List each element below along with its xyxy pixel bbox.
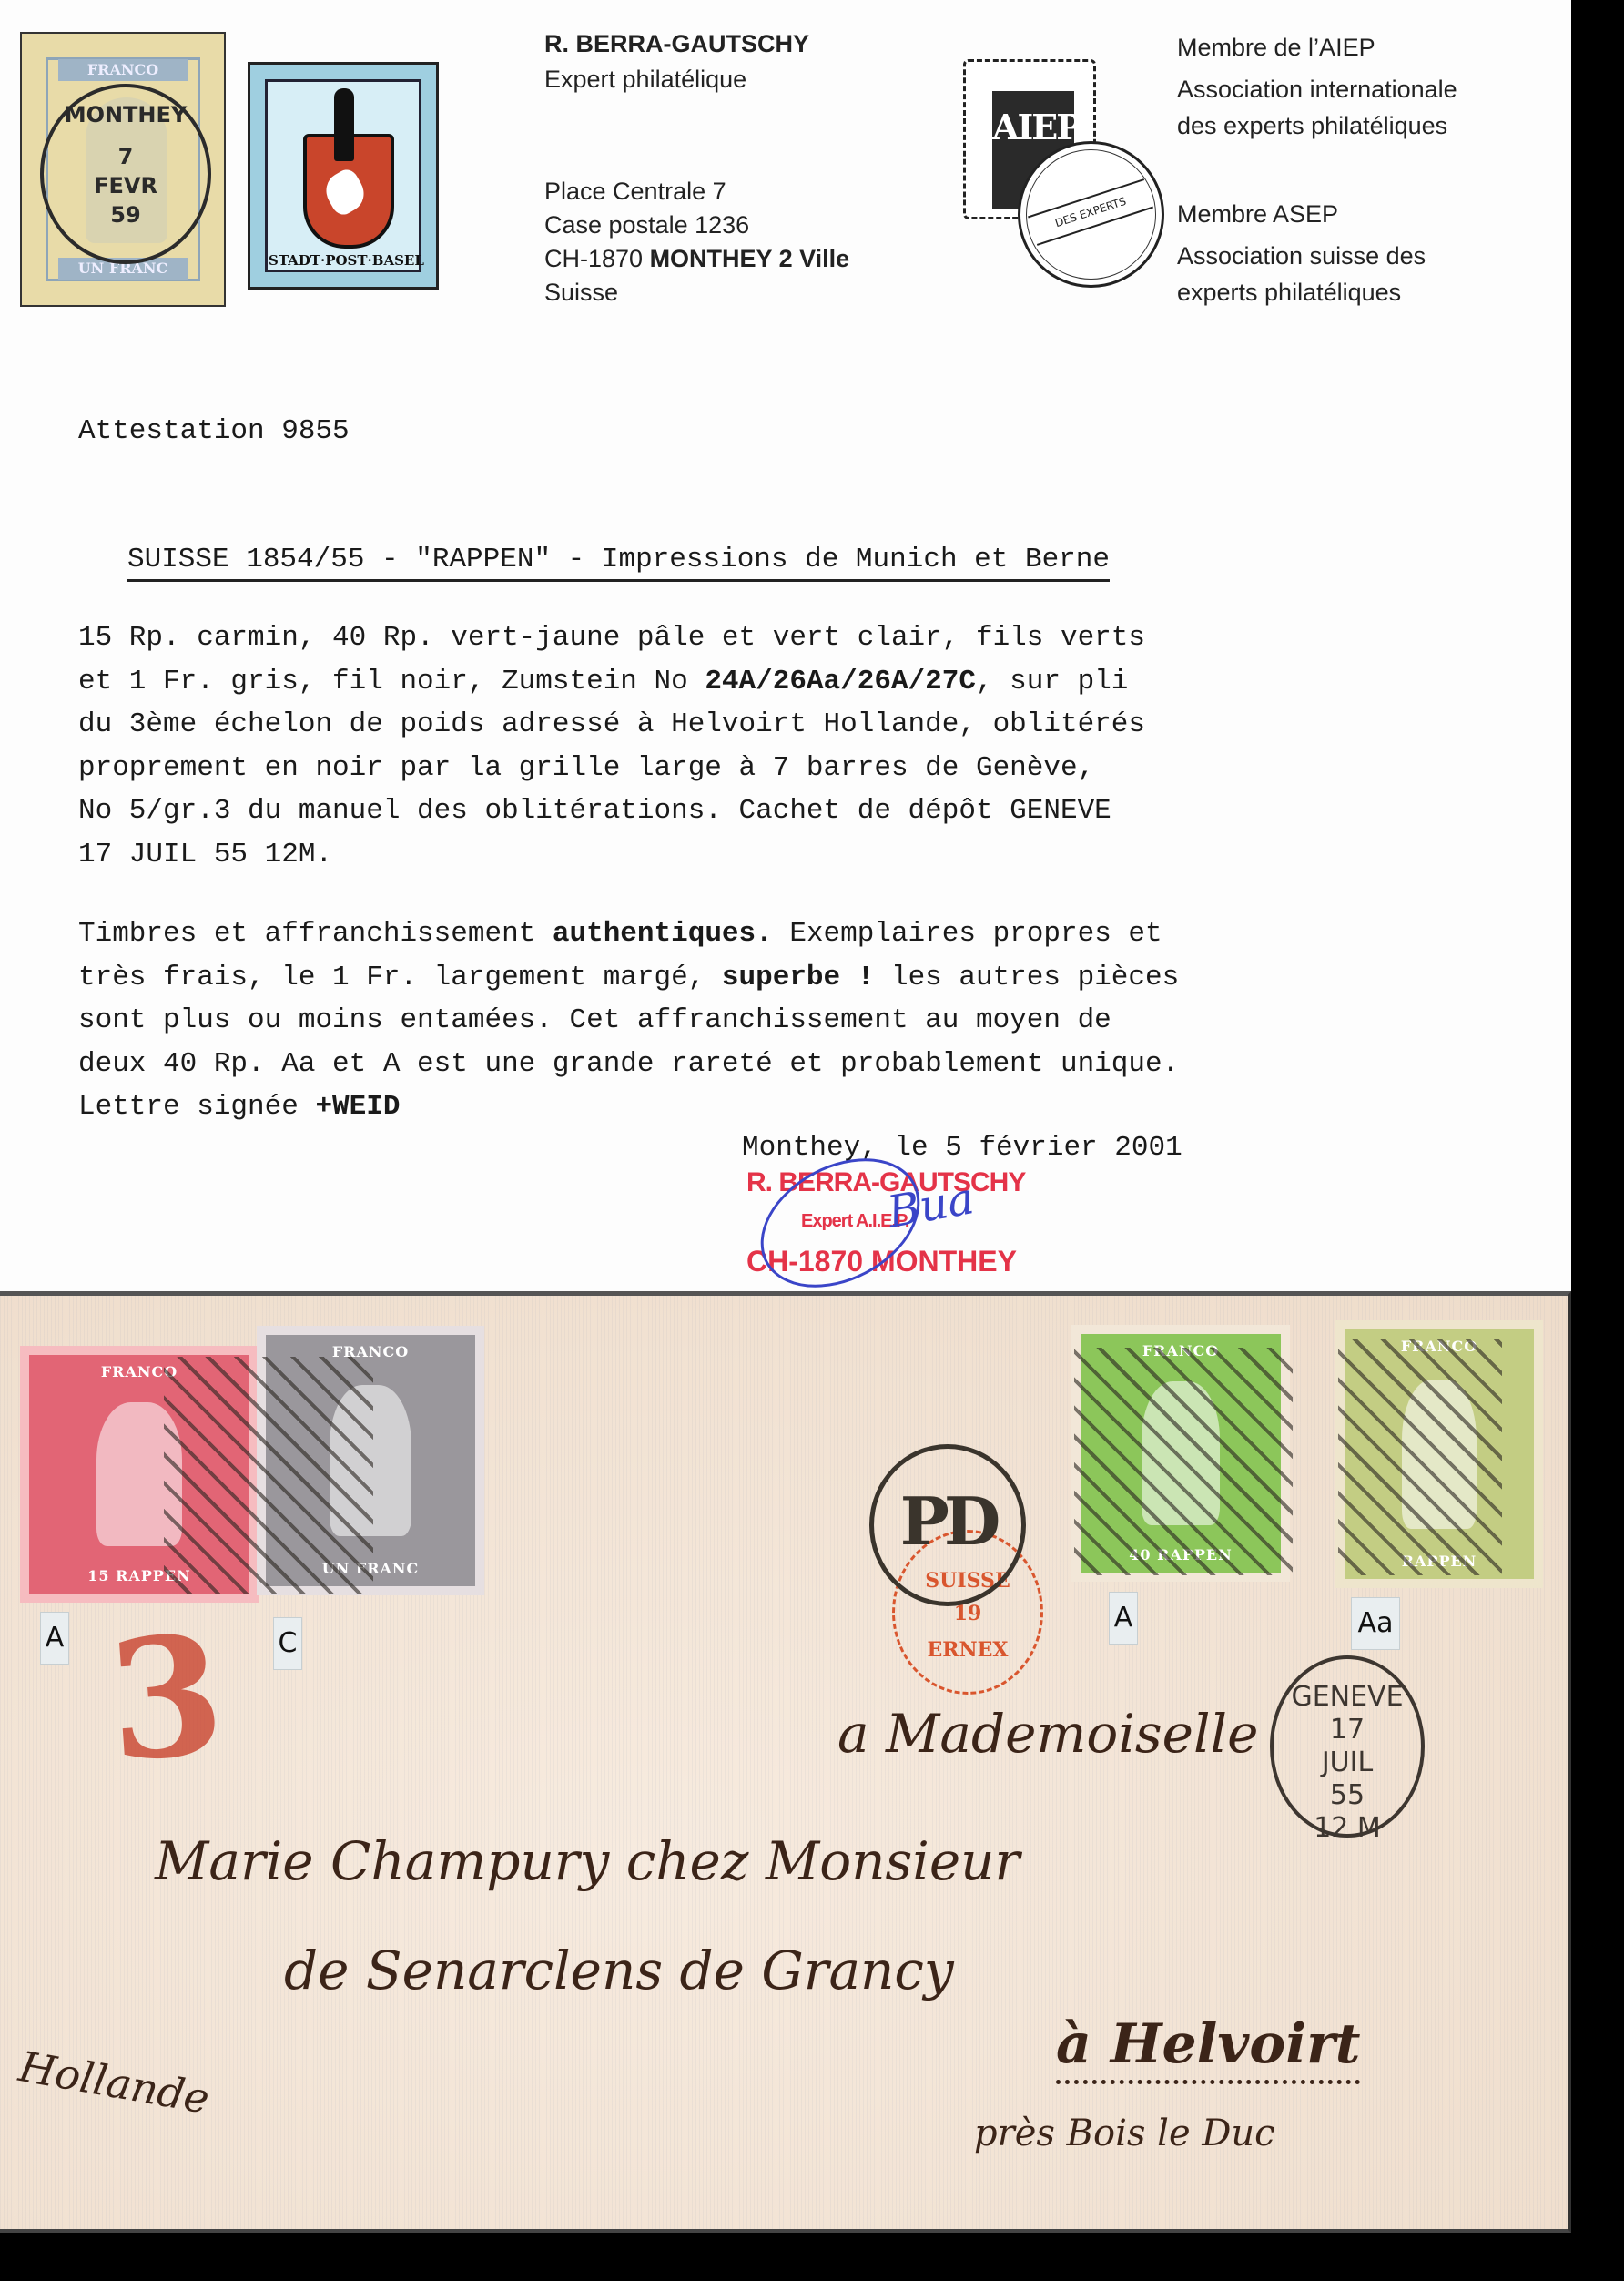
text-line: 17 JUIL 55 12M. xyxy=(78,833,1145,877)
stamp-1-franc-monthey: FRANCO UN FRANC MONTHEY 7 FEVR 59 xyxy=(20,32,226,307)
expert-name: R. BERRA-GAUTSCHY xyxy=(544,30,809,58)
text-run: sont plus ou moins entamées. Cet affranc… xyxy=(78,1004,1111,1036)
text-line: Timbres et affranchissement authentiques… xyxy=(78,912,1179,956)
destination-town: à Helvoirt xyxy=(1056,2012,1360,2076)
aiep-seal-ring: DES EXPERTS xyxy=(1018,141,1164,288)
text-run: Timbres et affranchissement xyxy=(78,918,553,950)
postmark-town: MONTHEY xyxy=(53,102,198,127)
opinion-paragraph: Timbres et affranchissement authentiques… xyxy=(78,912,1179,1129)
grid-cancel-marks xyxy=(1338,1339,1502,1575)
text-run: No 5/gr.3 du manuel des oblitérations. C… xyxy=(78,795,1111,827)
grid-cancel-marks xyxy=(1074,1348,1293,1575)
expert-title: Expert philatélique xyxy=(544,66,746,94)
text-run: les autres pièces xyxy=(874,962,1179,993)
geneve-postmark: GENEVE 17 JUIL 55 12 M xyxy=(1270,1655,1425,1838)
aiep-logo: AIEP DES EXPERTS xyxy=(956,50,1170,287)
postmark-time: 12 M xyxy=(1274,1812,1421,1845)
text-run: Lettre signée xyxy=(78,1091,315,1123)
address-line-5: près Bois le Duc xyxy=(974,2113,1275,2154)
bold-text: authentiques. xyxy=(553,918,773,950)
membership-heading: Membre ASEP xyxy=(1177,196,1426,232)
text-run: 17 JUIL 55 12M. xyxy=(78,839,332,871)
address-city: CH-1870 MONTHEY 2 Ville xyxy=(544,242,849,276)
text-line: Lettre signée +WEID xyxy=(78,1085,1179,1129)
postmark-month: JUIL xyxy=(1274,1746,1421,1779)
crozier-icon xyxy=(334,88,354,161)
membership-line: des experts philatéliques xyxy=(1177,107,1457,144)
bold-text: 24A/26Aa/26A/27C xyxy=(705,666,976,698)
address-country: Suisse xyxy=(544,276,849,310)
grid-cancel-marks xyxy=(164,1357,373,1594)
city: MONTHEY 2 Ville xyxy=(650,245,850,272)
type-label: Aa xyxy=(1351,1597,1400,1650)
text-line: proprement en noir par la grille large à… xyxy=(78,747,1145,790)
text-line: très frais, le 1 Fr. largement margé, su… xyxy=(78,956,1179,1000)
postmark-town: GENEVE xyxy=(1274,1681,1421,1714)
membership-heading: Membre de l’AIEP xyxy=(1177,29,1457,66)
address-line-3: de Senarclens de Grancy xyxy=(284,1940,954,2001)
stamp-label-top: FRANCO xyxy=(58,59,188,81)
text-line: deux 40 Rp. Aa et A est une grande raret… xyxy=(78,1043,1179,1086)
certificate-title: SUISSE 1854/55 - "RAPPEN" - Impressions … xyxy=(127,544,1110,582)
stamp-label: STADT·POST·BASEL xyxy=(269,252,418,269)
monthey-postmark: MONTHEY 7 FEVR 59 xyxy=(40,84,211,264)
address-line: Case postale 1236 xyxy=(544,209,849,242)
postmark-year: 55 xyxy=(1274,1779,1421,1812)
membership-line: experts philatéliques xyxy=(1177,274,1426,311)
text-run: proprement en noir par la grille large à… xyxy=(78,752,1094,784)
address-line-4: à Helvoirt xyxy=(1056,2012,1360,2084)
bold-text: +WEID xyxy=(315,1091,400,1123)
postmark-day: 19 xyxy=(895,1602,1040,1625)
address-line-2: Marie Champury chez Monsieur xyxy=(155,1830,1020,1892)
postmark-year: 59 xyxy=(44,202,208,228)
certificate-sheet: FRANCO UN FRANC MONTHEY 7 FEVR 59 STADT·… xyxy=(0,0,1571,1291)
text-run: Exemplaires propres et xyxy=(773,918,1162,950)
text-run: du 3ème échelon de poids adressé à Helvo… xyxy=(78,708,1145,740)
text-run: très frais, le 1 Fr. largement margé, xyxy=(78,962,722,993)
membership-aiep: Membre de l’AIEP Association internation… xyxy=(1177,29,1457,144)
attestation-number: Attestation 9855 xyxy=(78,415,350,447)
membership-asep: Membre ASEP Association suisse des exper… xyxy=(1177,196,1426,311)
postmark-day: 7 xyxy=(44,144,208,169)
type-label: C xyxy=(273,1617,302,1670)
membership-line: Association suisse des xyxy=(1177,238,1426,274)
text-run: deux 40 Rp. Aa et A est une grande raret… xyxy=(78,1048,1179,1080)
text-run: et 1 Fr. gris, fil noir, Zumstein No xyxy=(78,666,705,698)
text-line: et 1 Fr. gris, fil noir, Zumstein No 24A… xyxy=(78,660,1145,704)
pd-handstamp: PD xyxy=(869,1444,1026,1606)
text-line: sont plus ou moins entamées. Cet affranc… xyxy=(78,999,1179,1043)
type-label: A xyxy=(1109,1592,1138,1645)
description-paragraph: 15 Rp. carmin, 40 Rp. vert-jaune pâle et… xyxy=(78,616,1145,876)
expert-address: Place Centrale 7 Case postale 1236 CH-18… xyxy=(544,175,849,310)
postcode: CH-1870 xyxy=(544,245,650,272)
place-date: Monthey, le 5 février 2001 xyxy=(742,1132,1182,1164)
address-line: Place Centrale 7 xyxy=(544,175,849,209)
text-line: No 5/gr.3 du manuel des oblitérations. C… xyxy=(78,789,1145,833)
text-line: 15 Rp. carmin, 40 Rp. vert-jaune pâle et… xyxy=(78,616,1145,660)
stamp-basel-dove: STADT·POST·BASEL xyxy=(248,62,439,290)
postmark-bottom: ERNEX xyxy=(895,1638,1040,1662)
text-run: , sur pli xyxy=(976,666,1128,698)
membership-line: Association internationale xyxy=(1177,71,1457,107)
address-line-1: a Mademoiselle xyxy=(837,1703,1258,1765)
postmark-day: 17 xyxy=(1274,1714,1421,1746)
text-line: du 3ème échelon de poids adressé à Helvo… xyxy=(78,703,1145,747)
manuscript-rate-mark: 3 xyxy=(103,1599,230,1798)
bold-text: superbe ! xyxy=(722,962,874,993)
postmark-month: FEVR xyxy=(44,173,208,199)
type-label: A xyxy=(40,1612,69,1665)
text-run: 15 Rp. carmin, 40 Rp. vert-jaune pâle et… xyxy=(78,622,1145,654)
